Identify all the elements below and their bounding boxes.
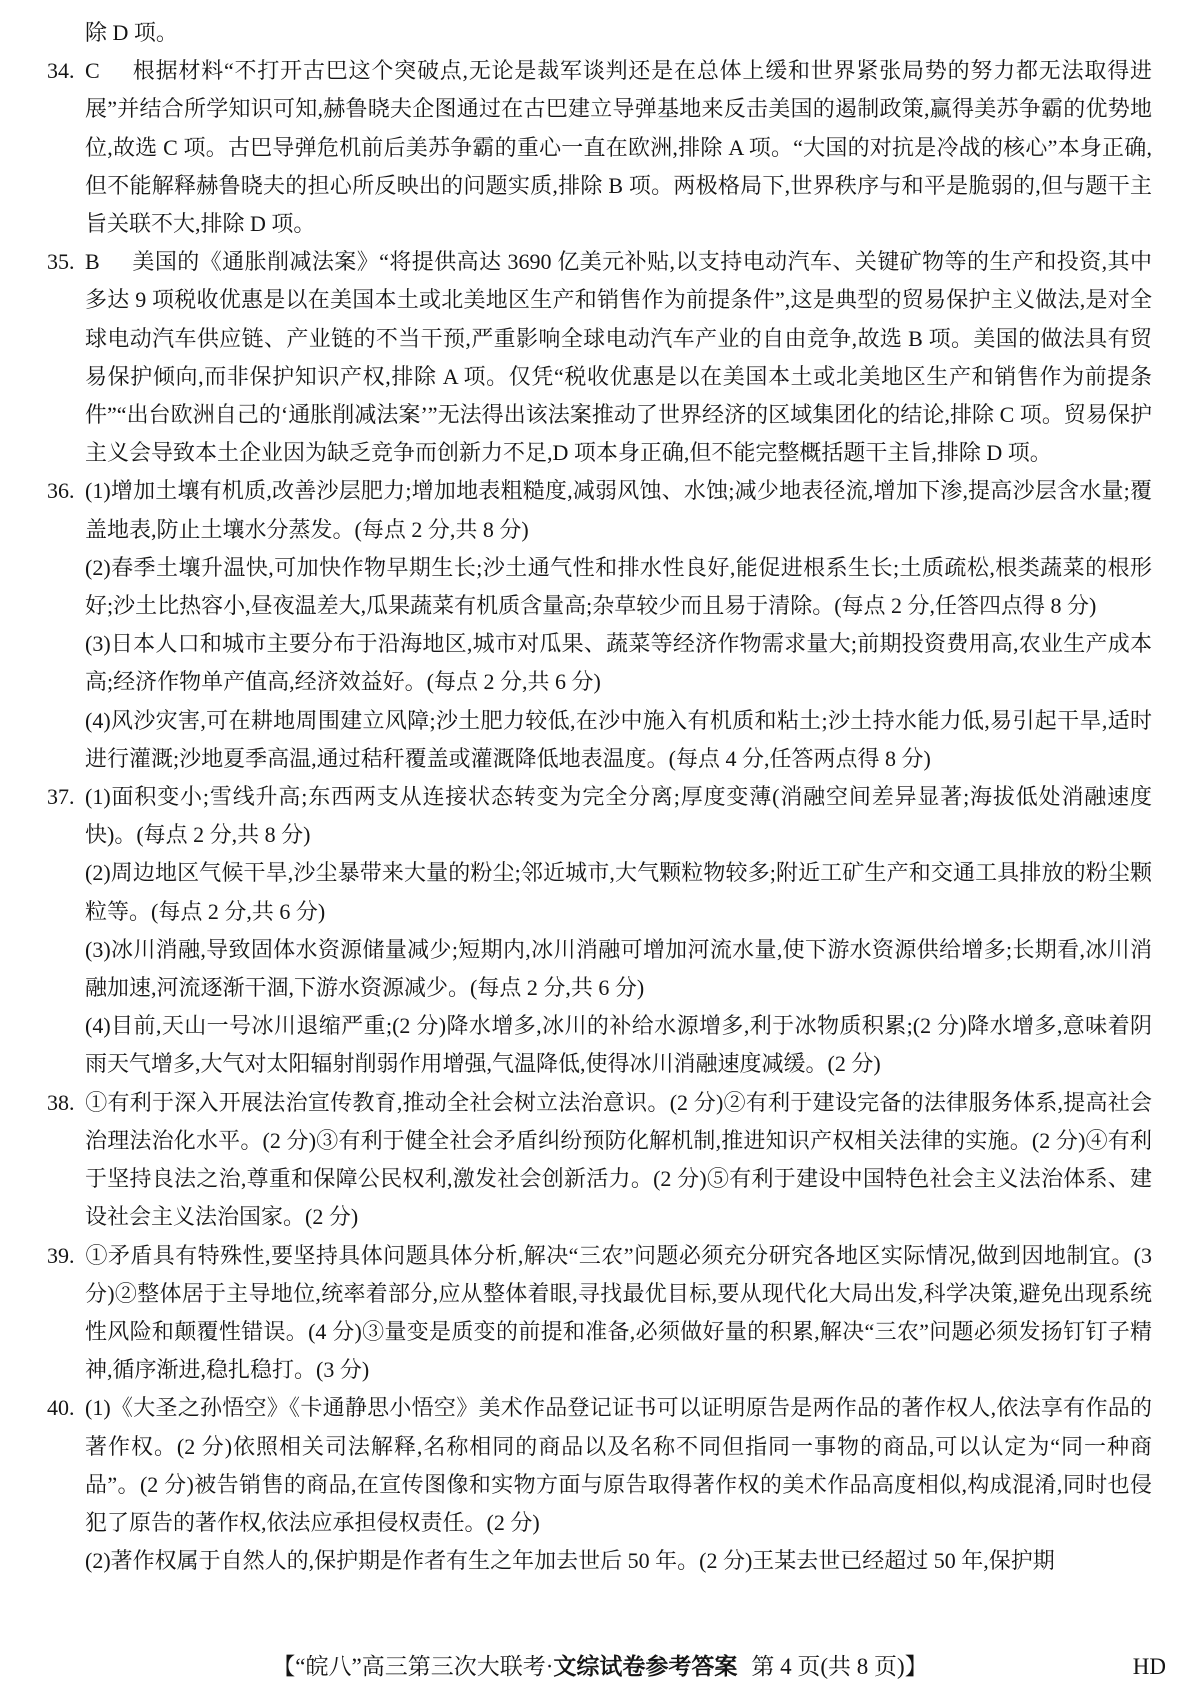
answer-letter: C [85,52,132,90]
item-number: 34. [47,52,85,90]
answer-item: 34.C根据材料“不打开古巴这个突破点,无论是裁军谈判还是在总体上缓和世界紧张局… [47,52,1152,243]
item-number: 38. [47,1084,85,1122]
answer-paragraph: 37.(1)面积变小;雪线升高;东西两支从连接状态转变为完全分离;厚度变薄(消融… [85,778,1152,854]
answer-item: 40.(1)《大圣之孙悟空》《卡通静思小悟空》美术作品登记证书可以证明原告是两作… [47,1389,1152,1580]
footer-exam-name: 【“皖八”高三第三次大联考· [272,1654,553,1679]
page: { "continuation_line": "除 D 项。", "items"… [0,0,1200,1706]
answer-item: 39.①矛盾具有特殊性,要坚持具体问题具体分析,解决“三农”问题必须充分研究各地… [47,1237,1152,1390]
footer-code: HD [1133,1652,1166,1682]
answer-paragraph: 34.C根据材料“不打开古巴这个突破点,无论是裁军谈判还是在总体上缓和世界紧张局… [85,52,1152,243]
answer-item: 37.(1)面积变小;雪线升高;东西两支从连接状态转变为完全分离;厚度变薄(消融… [47,778,1152,1084]
answer-paragraph: 35.B美国的《通胀削减法案》“将提供高达 3690 亿美元补贴,以支持电动汽车… [85,243,1152,472]
answer-item: 38.①有利于深入开展法治宣传教育,推动全社会树立法治意识。(2 分)②有利于建… [47,1084,1152,1237]
answer-paragraph: (4)目前,天山一号冰川退缩严重;(2 分)降水增多,冰川的补给水源增多,利于冰… [85,1007,1152,1083]
answer-paragraph: (2)周边地区气候干旱,沙尘暴带来大量的粉尘;邻近城市,大气颗粒物较多;附近工矿… [85,854,1152,930]
answer-paragraph: (3)日本人口和城市主要分布于沿海地区,城市对瓜果、蔬菜等经济作物需求量大;前期… [85,625,1152,701]
answer-item: 36.(1)增加土壤有机质,改善沙层肥力;增加地表粗糙度,减弱风蚀、水蚀;减少地… [47,472,1152,778]
footer-doc-title: 文综试卷参考答案 [553,1654,737,1679]
footer-page-number: 第 4 页(共 8 页)】 [751,1654,927,1679]
answer-letter: B [85,243,132,281]
page-footer: 【“皖八”高三第三次大联考·文综试卷参考答案第 4 页(共 8 页)】 [0,1652,1200,1682]
answer-paragraph: (2)著作权属于自然人的,保护期是作者有生之年加去世后 50 年。(2 分)王某… [85,1542,1152,1580]
item-number: 39. [47,1237,85,1275]
answer-paragraph: 39.①矛盾具有特殊性,要坚持具体问题具体分析,解决“三农”问题必须充分研究各地… [85,1237,1152,1390]
continuation-line: 除 D 项。 [85,14,1152,52]
item-number: 36. [47,472,85,510]
item-number: 40. [47,1389,85,1427]
item-number: 35. [47,243,85,281]
answer-paragraph: (2)春季土壤升温快,可加快作物早期生长;沙土通气性和排水性良好,能促进根系生长… [85,549,1152,625]
answer-paragraph: (4)风沙灾害,可在耕地周围建立风障;沙土肥力较低,在沙中施入有机质和粘土;沙土… [85,702,1152,778]
answer-paragraph: 38.①有利于深入开展法治宣传教育,推动全社会树立法治意识。(2 分)②有利于建… [85,1084,1152,1237]
answer-paragraph: 36.(1)增加土壤有机质,改善沙层肥力;增加地表粗糙度,减弱风蚀、水蚀;减少地… [85,472,1152,548]
answer-paragraph: (3)冰川消融,导致固体水资源储量减少;短期内,冰川消融可增加河流水量,使下游水… [85,931,1152,1007]
item-number: 37. [47,778,85,816]
answer-paragraph: 40.(1)《大圣之孙悟空》《卡通静思小悟空》美术作品登记证书可以证明原告是两作… [85,1389,1152,1542]
answers-list: 34.C根据材料“不打开古巴这个突破点,无论是裁军谈判还是在总体上缓和世界紧张局… [47,52,1152,1580]
answer-item: 35.B美国的《通胀削减法案》“将提供高达 3690 亿美元补贴,以支持电动汽车… [47,243,1152,472]
answer-text-block: 除 D 项。 34.C根据材料“不打开古巴这个突破点,无论是裁军谈判还是在总体上… [47,14,1152,1580]
